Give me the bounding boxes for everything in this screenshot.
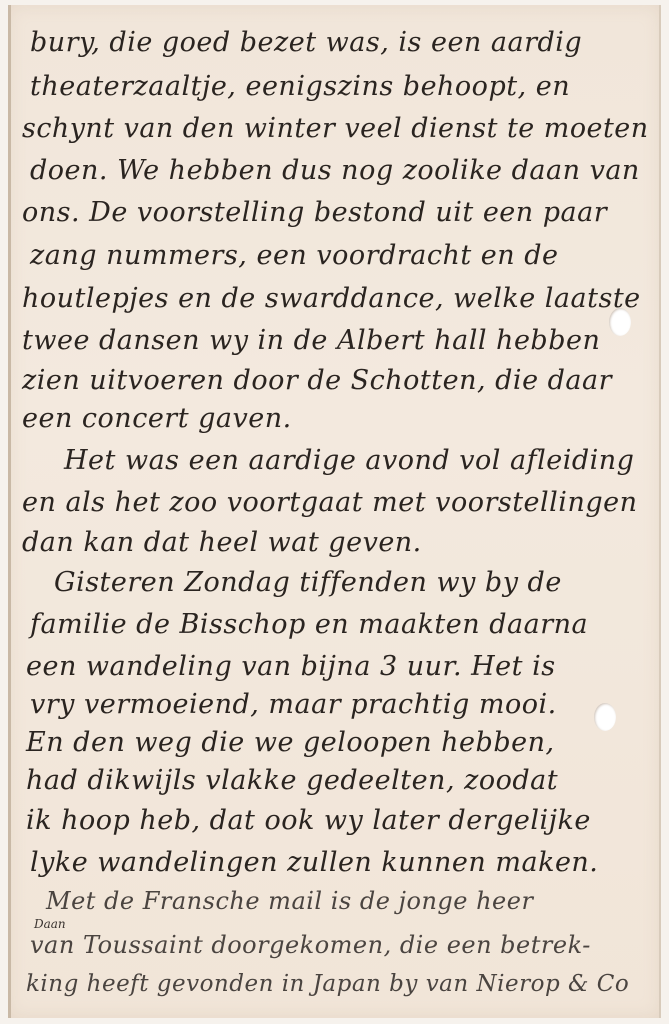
letter-line-3: schynt van den winter veel dienst te moe…	[22, 113, 649, 144]
punch-hole-bottom	[594, 703, 616, 731]
page-right-edge	[659, 5, 661, 1018]
letter-line-21: lyke wandelingen zullen kunnen maken.	[30, 847, 598, 878]
letter-line-17: vry vermoeiend, maar prachtig mooi.	[30, 689, 557, 720]
letter-line-20: ik hoop heb, dat ook wy later dergelijke	[26, 805, 591, 836]
letter-line-4: doen. We hebben dus nog zoolike daan van	[30, 155, 640, 186]
letter-line-11: Het was een aardige avond vol afleiding	[64, 445, 634, 476]
letter-line-15: familie de Bisschop en maakten daarna	[30, 609, 588, 640]
letter-line-23: van Toussaint doorgekomen, die een betre…	[30, 931, 591, 959]
letter-line-24: king heeft gevonden in Japan by van Nier…	[26, 971, 629, 997]
punch-hole-top	[609, 308, 631, 336]
page-left-edge	[8, 5, 11, 1018]
letter-line-16: een wandeling van bijna 3 uur. Het is	[26, 651, 556, 682]
interlinear-note: Daan	[34, 917, 66, 931]
letter-line-7: houtlepjes en de swarddance, welke laats…	[22, 283, 641, 314]
letter-line-19: had dikwijls vlakke gedeelten, zoodat	[26, 765, 558, 796]
letter-page: bury, die goed bezet was, is een aardig …	[8, 5, 661, 1018]
letter-line-18: En den weg die we geloopen hebben,	[26, 727, 555, 758]
letter-line-2: theaterzaaltje, eenigszins behoopt, en	[30, 71, 570, 102]
letter-line-5: ons. De voorstelling bestond uit een paa…	[22, 197, 607, 228]
scanned-document: bury, die goed bezet was, is een aardig …	[0, 0, 669, 1024]
letter-line-22: Met de Fransche mail is de jonge heer	[46, 887, 533, 915]
letter-line-9: zien uitvoeren door de Schotten, die daa…	[22, 365, 612, 396]
letter-line-14: Gisteren Zondag tiffenden wy by de	[54, 567, 562, 598]
letter-line-8: twee dansen wy in de Albert hall hebben	[22, 325, 600, 356]
letter-line-12: en als het zoo voortgaat met voorstellin…	[22, 487, 638, 518]
letter-line-10: een concert gaven.	[22, 403, 292, 434]
letter-line-13: dan kan dat heel wat geven.	[22, 527, 422, 558]
letter-line-1: bury, die goed bezet was, is een aardig	[30, 27, 582, 58]
letter-line-6: zang nummers, een voordracht en de	[30, 240, 559, 271]
